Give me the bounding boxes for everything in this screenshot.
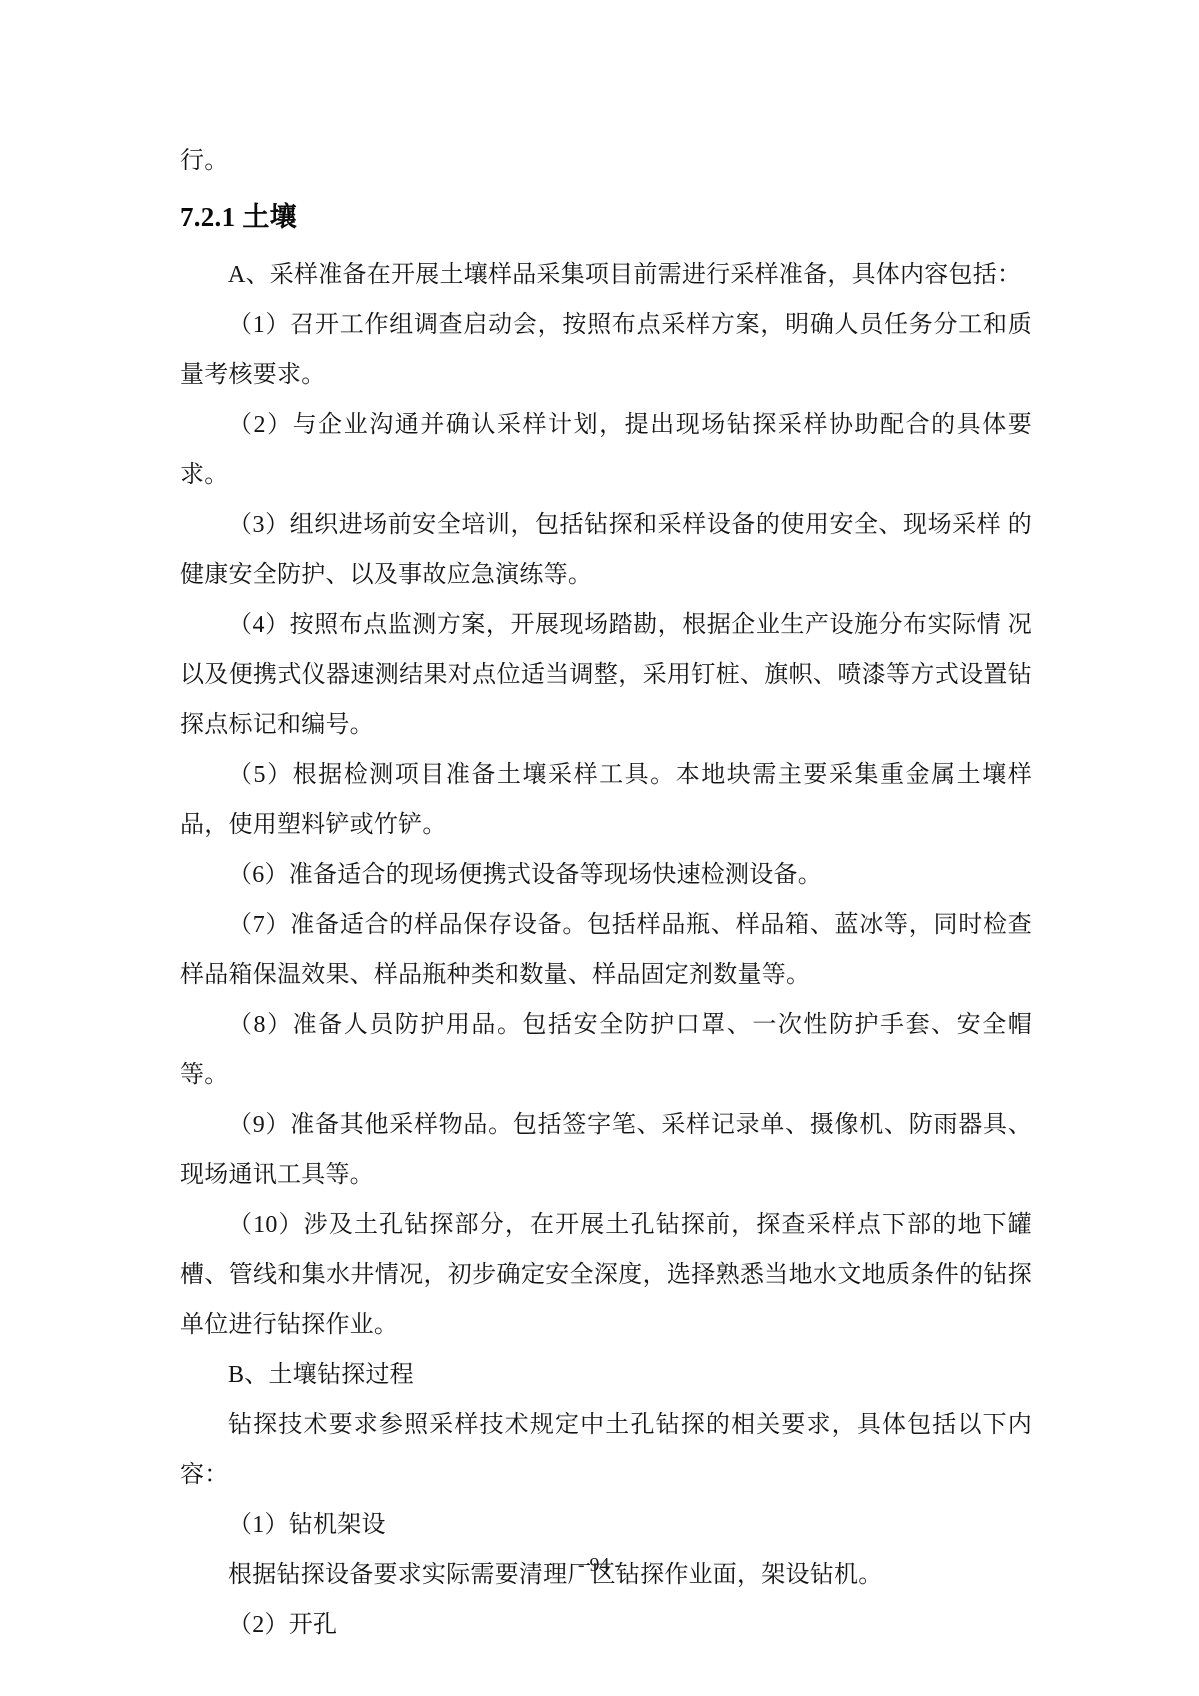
- list-item-9: （9）准备其他采样物品。包括签字笔、采样记录单、摄像机、防雨器具、现场通讯工具等…: [180, 1100, 1032, 1200]
- paragraph-b-body: 钻探技术要求参照采样技术规定中土孔钻探的相关要求，具体包括以下内容：: [180, 1400, 1032, 1500]
- list-item-b2: （2）开孔: [180, 1600, 1032, 1650]
- list-item-8: （8）准备人员防护用品。包括安全防护口罩、一次性防护手套、安全帽等。: [180, 1000, 1032, 1100]
- list-item-b1: （1）钻机架设: [180, 1500, 1032, 1550]
- list-item-5: （5）根据检测项目准备土壤采样工具。本地块需主要采集重金属土壤样品，使用塑料铲或…: [180, 750, 1032, 850]
- page-footer: - 94 -: [0, 1552, 1199, 1578]
- list-item-3: （3）组织进场前安全培训，包括钻探和采样设备的使用安全、现场采样 的健康安全防护…: [180, 500, 1032, 600]
- list-item-6: （6）准备适合的现场便携式设备等现场快速检测设备。: [180, 850, 1032, 900]
- list-item-4: （4）按照布点监测方案，开展现场踏勘，根据企业生产设施分布实际情 况以及便携式仪…: [180, 600, 1032, 750]
- list-item-10: （10）涉及土孔钻探部分，在开展土孔钻探前，探查采样点下部的地下罐槽、管线和集水…: [180, 1200, 1032, 1350]
- list-item-1: （1）召开工作组调查启动会，按照布点采样方案，明确人员任务分工和质量考核要求。: [180, 300, 1032, 400]
- page-body: 行。 7.2.1 土壤 A、采样准备在开展土壤样品采集项目前需进行采样准备，具体…: [180, 136, 1032, 1650]
- paragraph-continuation: 行。: [180, 136, 1032, 186]
- paragraph-intro-b: B、土壤钻探过程: [180, 1350, 1032, 1400]
- paragraph-intro-a: A、采样准备在开展土壤样品采集项目前需进行采样准备，具体内容包括：: [180, 250, 1032, 300]
- document-page: 行。 7.2.1 土壤 A、采样准备在开展土壤样品采集项目前需进行采样准备，具体…: [0, 0, 1199, 1696]
- list-item-2: （2）与企业沟通并确认采样计划，提出现场钻探采样协助配合的具体要求。: [180, 400, 1032, 500]
- list-item-7: （7）准备适合的样品保存设备。包括样品瓶、样品箱、蓝冰等，同时检查样品箱保温效果…: [180, 900, 1032, 1000]
- section-heading: 7.2.1 土壤: [180, 192, 1032, 242]
- page-number: - 94 -: [578, 1554, 621, 1576]
